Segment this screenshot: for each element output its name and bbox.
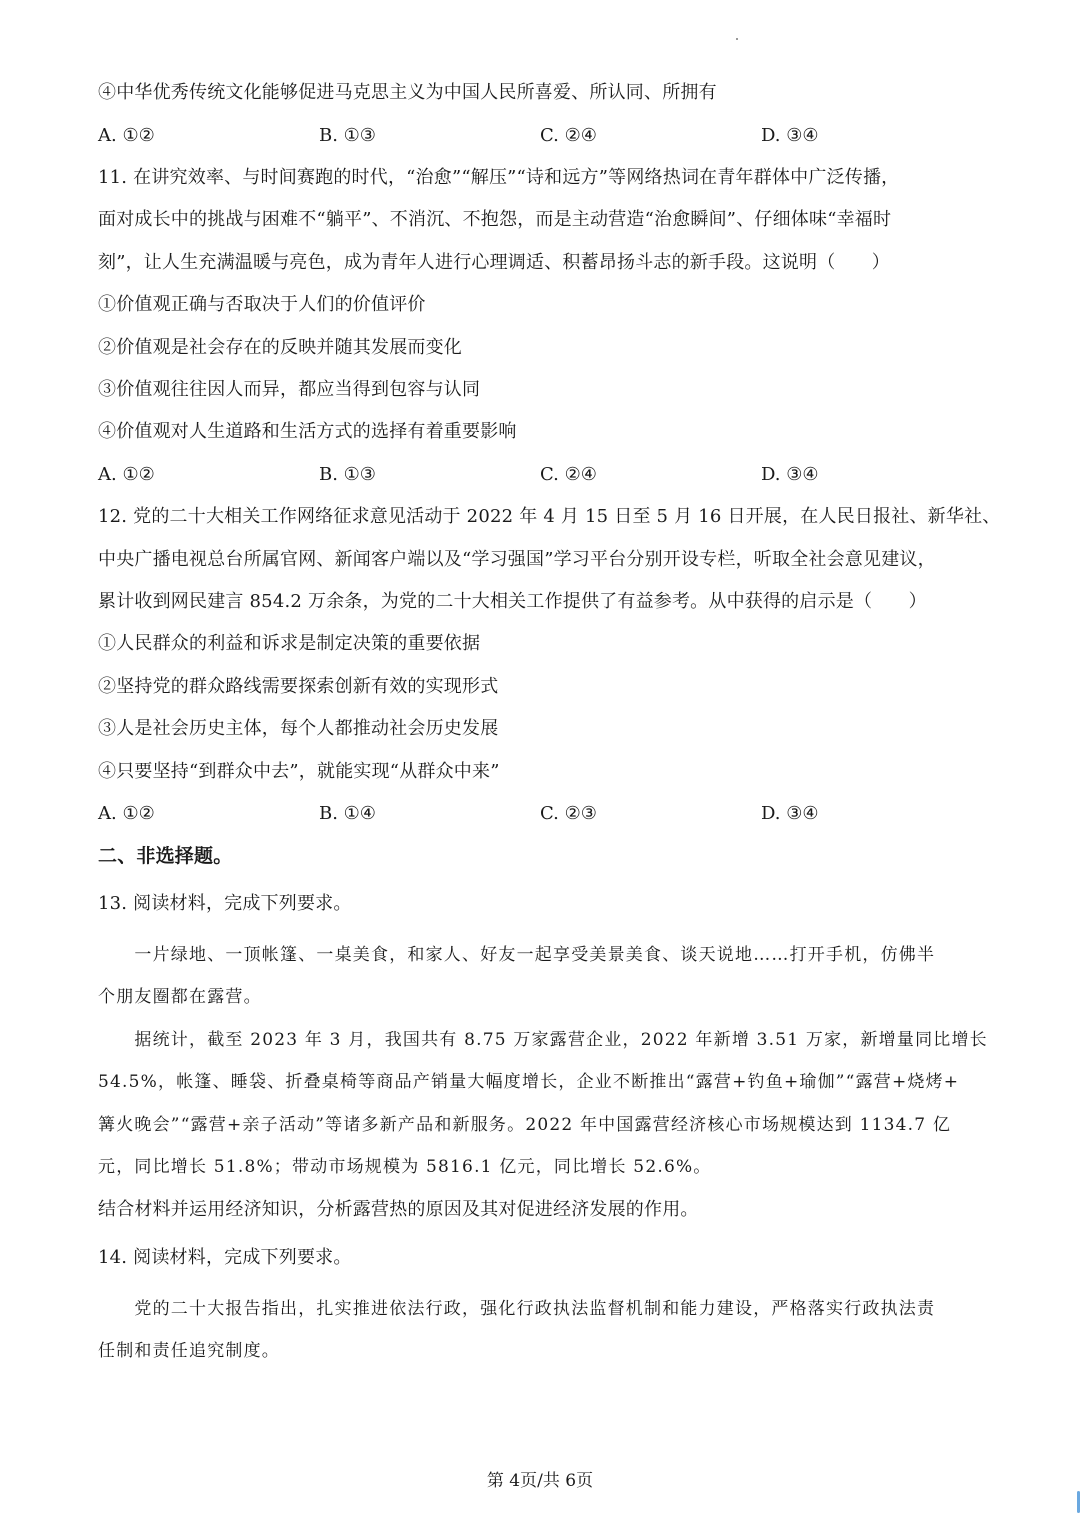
q11-stem-line-2: 面对成长中的挑战与困难不“躺平”、不消沉、不抱怨，而是主动营造“治愈瞬间”、仔细… [98,208,891,232]
q11-statement-2: ②价值观是社会存在的反映并随其发展而变化 [98,336,462,360]
q13-stem: 13. 阅读材料，完成下列要求。 [98,892,352,916]
q12-statement-3: ③人是社会历史主体，每个人都推动社会历史发展 [98,717,498,741]
q11-statement-4: ④价值观对人生道路和生活方式的选择有着重要影响 [98,420,517,444]
q11-option-b: B. ①③ [319,463,376,487]
q10-statement-4: ④中华优秀传统文化能够促进马克思主义为中国人民所喜爱、所认同、所拥有 [98,81,717,105]
q13-material-line-6: 元，同比增长 51.8%；带动市场规模为 5816.1 亿元，同比增长 52.6… [98,1155,712,1179]
q12-option-b: B. ①④ [319,802,376,826]
q12-option-d: D. ③④ [761,802,819,826]
q11-option-d: D. ③④ [761,463,819,487]
section-title: 二、非选择题。 [98,844,232,868]
q12-statement-2: ②坚持党的群众路线需要探索创新有效的实现形式 [98,675,498,699]
q10-option-c: C. ②④ [540,124,597,148]
q13-material-line-2: 个朋友圈都在露营。 [98,985,262,1009]
q11-stem-line-3: 刻”，让人生充满温暖与亮色，成为青年人进行心理调适、积蓄昂扬斗志的新手段。这说明… [98,251,890,275]
q10-option-a: A. ①② [98,124,155,148]
q11-stem-line-1: 11. 在讲究效率、与时间赛跑的时代，“治愈”“解压”“诗和远方”等网络热词在青… [98,166,899,190]
q13-material-line-4: 54.5%，帐篷、睡袋、折叠桌椅等商品产销量大幅度增长，企业不断推出“露营+钓鱼… [98,1070,959,1094]
q10-option-b: B. ①③ [319,124,376,148]
q13-material-line-5: 篝火晚会”“露营+亲子活动”等诸多新产品和新服务。2022 年中国露营经济核心市… [98,1113,951,1137]
q13-material-line-3: 据统计，截至 2023 年 3 月，我国共有 8.75 万家露营企业，2022 … [98,1028,988,1052]
page-number: 第 4页/共 6页 [0,1470,1080,1492]
q14-material-line-1: 党的二十大报告指出，扎实推进依法行政，强化行政执法监督机制和能力建设，严格落实行… [98,1297,935,1321]
q12-statement-1: ①人民群众的利益和诉求是制定决策的重要依据 [98,632,480,656]
q12-option-a: A. ①② [98,802,155,826]
q11-statement-1: ①价值观正确与否取决于人们的价值评价 [98,293,426,317]
q14-material-line-2: 任制和责任追究制度。 [98,1339,280,1363]
q12-stem-line-1: 12. 党的二十大相关工作网络征求意见活动于 2022 年 4 月 15 日至 … [98,505,1000,529]
scan-speck [736,38,738,40]
q11-option-a: A. ①② [98,463,155,487]
q12-statement-4: ④只要坚持“到群众中去”，就能实现“从群众中来” [98,760,500,784]
q14-stem: 14. 阅读材料，完成下列要求。 [98,1246,352,1270]
q13-material-line-1: 一片绿地、一顶帐篷、一桌美食，和家人、好友一起享受美景美食、谈天说地……打开手机… [98,943,935,967]
q12-stem-line-2: 中央广播电视总台所属官网、新闻客户端以及“学习强国”学习平台分别开设专栏，听取全… [98,548,936,572]
q13-task: 结合材料并运用经济知识，分析露营热的原因及其对促进经济发展的作用。 [98,1198,699,1222]
q12-option-c: C. ②③ [540,802,597,826]
q12-stem-line-3: 累计收到网民建言 854.2 万余条，为党的二十大相关工作提供了有益参考。从中获… [98,590,927,614]
q10-option-d: D. ③④ [761,124,819,148]
q11-option-c: C. ②④ [540,463,597,487]
q11-statement-3: ③价值观往往因人而异，都应当得到包容与认同 [98,378,480,402]
